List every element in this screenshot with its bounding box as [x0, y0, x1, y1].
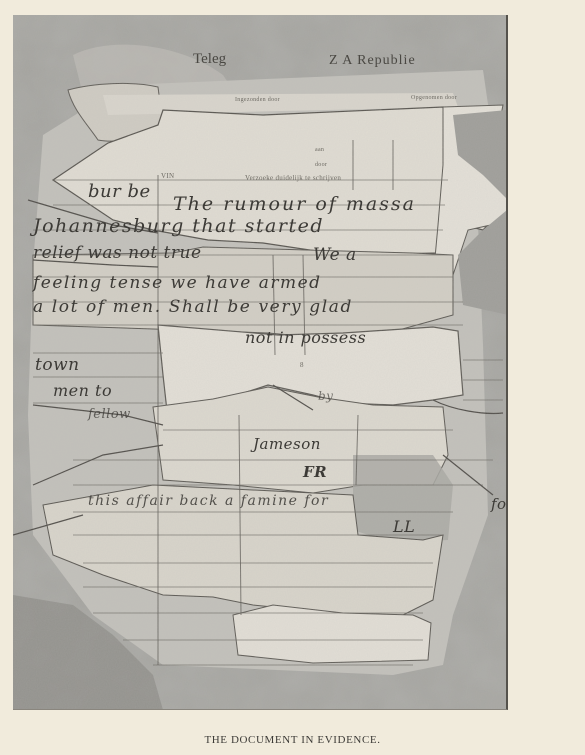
handwriting-line-7: a lot of men. Shall be very glad	[33, 297, 353, 317]
handwriting-line-6: feeling tense we have armed	[33, 273, 322, 293]
handwriting-line-2: The rumour of massa	[173, 193, 416, 215]
handwriting-line-1: bur be	[88, 181, 151, 202]
form-header-left: Teleg	[193, 51, 226, 68]
photo-plate: Teleg Z A Republie Ingezonden door Opgen…	[13, 15, 508, 710]
handwriting-line-3: Johannesburg that started	[33, 215, 324, 237]
form-field-label-aan: aan	[315, 147, 324, 153]
form-header-small-left: Ingezonden door	[235, 97, 280, 103]
figure-caption: THE DOCUMENT IN EVIDENCE.	[0, 734, 585, 746]
handwriting-line-15: LL	[393, 517, 415, 536]
telegram-fragments-graphic	[13, 15, 508, 710]
handwriting-line-13: FR	[303, 463, 327, 481]
handwriting-line-17: by	[318, 389, 333, 403]
handwriting-line-5: We a	[313, 245, 357, 265]
handwriting-line-12: Jameson	[253, 435, 321, 453]
torn-telegram-photo: Teleg Z A Republie Ingezonden door Opgen…	[13, 15, 508, 710]
form-header-right: Z A Republie	[329, 53, 416, 69]
handwriting-line-8: not in possess	[245, 328, 366, 347]
handwriting-line-4: relief was not true	[33, 243, 202, 263]
form-row-label-instruction: Verzoeke duidelijk te schrijven	[245, 174, 341, 182]
handwriting-line-11: fellow	[88, 407, 131, 422]
handwriting-line-16: for	[491, 495, 508, 513]
handwriting-line-9: town	[35, 355, 80, 375]
handwriting-line-14: this affair back a famine for	[88, 493, 329, 509]
form-row-label-vin: VIN	[161, 172, 174, 180]
form-header-small-right: Opgenomen door	[411, 95, 457, 101]
form-page-mark: 8	[300, 361, 304, 369]
handwriting-line-10: men to	[53, 381, 112, 400]
form-field-label-door: door	[315, 162, 327, 168]
